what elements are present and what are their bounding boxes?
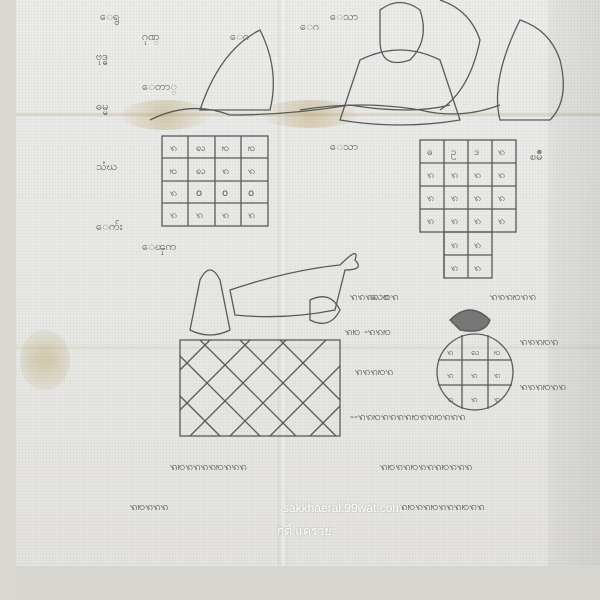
- svg-text:ꩫ: ꩫ: [474, 240, 481, 251]
- svg-text:ꩫ: ꩫ: [474, 216, 481, 227]
- svg-text:ꩮ: ꩮ: [196, 143, 205, 154]
- svg-text:ꩫ: ꩫ: [451, 263, 458, 274]
- svg-text:ꩯ: ꩯ: [494, 348, 500, 358]
- script-text: ၿမိဳ: [530, 150, 543, 163]
- svg-text:ꩫ: ꩫ: [222, 210, 229, 221]
- svg-text:ꩫꩯꩫꩫꩯꩫꩫꩫꩯꩫꩫꩫ: ꩫꩯꩫꩫꩯꩫꩫꩫꩯꩫꩫꩫ: [380, 460, 472, 473]
- svg-text:ꩫ: ꩫ: [170, 188, 177, 199]
- svg-text:ꩫ: ꩫ: [471, 395, 477, 405]
- svg-text:ꩫ: ꩫ: [248, 166, 255, 177]
- diamond-lattice-square: [180, 340, 340, 436]
- svg-text:ꩫ: ꩫ: [196, 210, 203, 221]
- script-text: ဗုဒ္ဓ: [96, 50, 108, 65]
- script-text: ဂုဏ္: [142, 30, 159, 45]
- svg-text:ꩫ: ꩫ: [170, 210, 177, 221]
- svg-text:ꩫꩯꩫꩫꩫꩫꩯꩫꩫꩫ: ꩫꩯꩫꩫꩫꩫꩯꩫꩫꩫ: [170, 460, 247, 473]
- svg-text:ဒ: ဒ: [474, 147, 479, 158]
- svg-text:ꩫꩫꩫꩮꩯꩫ: ꩫꩫꩫꩮꩯꩫ: [350, 290, 399, 303]
- watermark-name: กดิ์ แคราย: [277, 522, 331, 541]
- svg-text:ꩫ: ꩫ: [471, 371, 477, 381]
- svg-text:ꩫ: ꩫ: [494, 395, 500, 405]
- svg-text:ꩫ: ꩫ: [451, 240, 458, 251]
- svg-text:ꩫ: ꩫ: [427, 170, 434, 181]
- svg-text:ꩫ: ꩫ: [427, 193, 434, 204]
- right-magic-square: [420, 140, 516, 278]
- svg-text:ꩫꩫꩫꩯꩫꩫ: ꩫꩫꩫꩯꩫꩫ: [520, 380, 566, 393]
- svg-text:o: o: [196, 188, 202, 199]
- svg-text:ꩫ: ꩫ: [474, 193, 481, 204]
- svg-text:ꩫ: ꩫ: [248, 210, 255, 221]
- svg-text:ꩫ: ꩫ: [222, 166, 229, 177]
- horse-illustration: [190, 254, 358, 335]
- svg-text:ꩫ: ꩫ: [498, 170, 505, 181]
- svg-text:ဓ: ဓ: [427, 147, 433, 158]
- svg-text:ꩫ: ꩫ: [451, 193, 458, 204]
- svg-text:ꩫ: ꩫ: [498, 193, 505, 204]
- svg-text:ꩯ: ꩯ: [222, 143, 229, 154]
- svg-text:ꩫ: ꩫ: [451, 216, 458, 227]
- svg-text:ꩮ: ꩮ: [196, 166, 205, 177]
- svg-text:ꩫ: ꩫ: [427, 216, 434, 227]
- svg-text:ꩫ: ꩫ: [451, 170, 458, 181]
- script-text: ေသာ: [330, 10, 358, 23]
- svg-text:ꩫꩫꩫꩯꩫ: ꩫꩫꩫꩯꩫ: [355, 365, 393, 378]
- svg-text:ꩫ: ꩫ: [498, 147, 505, 158]
- svg-text:o: o: [222, 188, 228, 199]
- script-text: ဓမ္မ: [96, 100, 108, 115]
- svg-text:ꩫꩯꩫꩫꩫ: ꩫꩯꩫꩫꩫ: [130, 500, 168, 513]
- svg-text:ꩫ: ꩫ: [447, 395, 453, 405]
- svg-text:ꩫ: ꩫ: [474, 263, 481, 274]
- svg-text:ꩫꩯ -ꩫꩫꩯ: ꩫꩯ -ꩫꩫꩯ: [345, 325, 391, 338]
- svg-text:ꩫ: ꩫ: [494, 371, 500, 381]
- script-text: ေဂ: [230, 30, 249, 43]
- svg-text:ꩮ: ꩮ: [471, 348, 479, 358]
- svg-text:ꩫꩫꩫꩯꩫ: ꩫꩫꩫꩯꩫ: [520, 335, 558, 348]
- script-text: ေရွ: [100, 10, 119, 25]
- script-text: ေသာ: [330, 140, 358, 153]
- svg-text:ꩫ: ꩫ: [474, 170, 481, 181]
- svg-text:o: o: [248, 188, 254, 199]
- svg-text:ꩯ: ꩯ: [170, 166, 177, 177]
- svg-text:ꩫ: ꩫ: [447, 371, 453, 381]
- script-text: ေဂ: [300, 20, 319, 33]
- watermark-url: sakkhaerai.99wat.com: [283, 501, 402, 515]
- svg-text:ဥ: ဥ: [451, 147, 457, 160]
- svg-text:ꩫ: ꩫ: [498, 216, 505, 227]
- svg-text:ꩫꩯꩫꩫꩯꩫꩫꩫꩯꩫꩫ: ꩫꩯꩫꩫꩯꩫꩫꩫꩯꩫꩫ: [400, 500, 485, 513]
- svg-text:ꩯ: ꩯ: [248, 143, 255, 154]
- script-text: ေတာ္: [142, 80, 177, 95]
- script-text: သံဃ: [96, 160, 117, 173]
- svg-text:ꩫ: ꩫ: [170, 143, 177, 154]
- script-text: ေၾက: [142, 240, 177, 255]
- script-text: ေက်း: [96, 220, 123, 233]
- svg-text:ꩫ: ꩫ: [447, 348, 453, 358]
- svg-text:ꩫꩫꩫꩯꩫꩫ: ꩫꩫꩫꩯꩫꩫ: [490, 290, 536, 303]
- svg-text:--ꩫꩫꩯꩫꩫꩫꩫꩯꩫꩫꩯꩫꩫꩫ: --ꩫꩫꩯꩫꩫꩫꩫꩯꩫꩫꩯꩫꩫꩫ: [350, 410, 466, 423]
